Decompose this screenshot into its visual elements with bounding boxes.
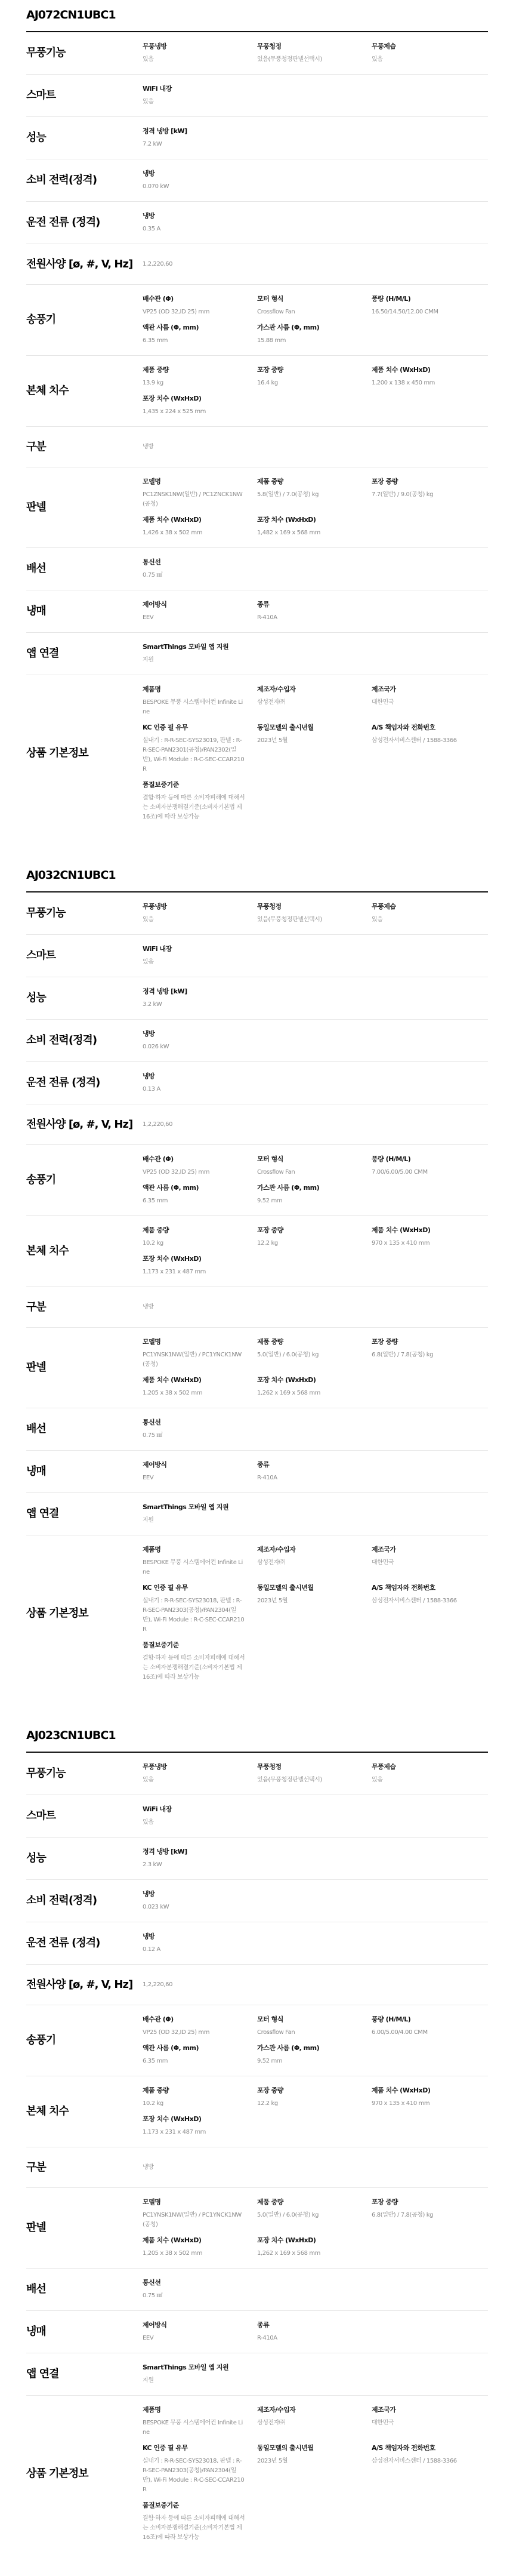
spec-label: 본체 치수 [26, 2104, 143, 2119]
spec-item: 포장 치수 (WxHxD)1,262 x 169 x 568 mm [257, 2236, 372, 2258]
spec-row-body: 본체 치수제품 중량13.9 kg포장 중량16.4 kg제품 치수 (WxHx… [26, 356, 488, 427]
spec-row-blower: 송풍기배수관 (Φ)VP25 (OD 32,ID 25) mm모터 형식Cros… [26, 2005, 488, 2076]
spec-item-value: 5.0(일반) / 6.0(공청) kg [257, 2211, 360, 2220]
spec-items: 배수관 (Φ)VP25 (OD 32,ID 25) mm모터 형식Crossfl… [143, 2015, 488, 2066]
spec-label: 구분 [26, 2160, 143, 2175]
spec-label: 냉매 [26, 2325, 143, 2339]
spec-label: 구분 [26, 1300, 143, 1315]
spec-item-value: 9.52 mm [257, 2057, 360, 2066]
spec-row-smart: 스마트WiFi 내장있음 [26, 935, 488, 977]
spec-label: 스마트 [26, 949, 143, 963]
spec-row-power: 소비 전력(정격)냉방0.026 kW [26, 1020, 488, 1062]
spec-item: 제품 중량5.0(일반) / 6.0(공청) kg [257, 1337, 372, 1369]
spec-item-name: 배수관 (Φ) [143, 294, 245, 304]
spec-item: 제품 중량10.2 kg [143, 2086, 257, 2109]
spec-item-value: 0.75 ㎟ [143, 571, 245, 580]
spec-item-value: 있음(무풍청정판넬선택시) [257, 1775, 360, 1785]
spec-item: 풍량 (H/M/L)16.50/14.50/12.00 CMM [372, 294, 486, 317]
spec-item: WiFi 내장있음 [143, 1805, 257, 1827]
spec-item: 포장 치수 (WxHxD)1,435 x 224 x 525 mm [143, 394, 257, 417]
spec-item: 무풍청정있음(무풍청정판넬선택시) [257, 42, 372, 64]
spec-label: 운전 전류 (정격) [26, 216, 143, 230]
spec-item-name: 통신선 [143, 2278, 245, 2288]
spec-item-value: 5.0(일반) / 6.0(공청) kg [257, 1350, 360, 1360]
spec-item-name: 가스관 사름 (Φ, mm) [257, 1183, 360, 1193]
spec-label: 스마트 [26, 88, 143, 103]
spec-item: WiFi 내장있음 [143, 84, 257, 107]
spec-item-name: SmartThings 모바일 앱 지원 [143, 1503, 245, 1512]
spec-item: 가스관 사름 (Φ, mm)9.52 mm [257, 1183, 372, 1206]
spec-item: SmartThings 모바일 앱 지원지원 [143, 1503, 257, 1525]
product-spec-section: AJ032CN1UBC1 무풍기능무풍냉방있음무풍청정있음(무풍청정판넬선택시)… [26, 855, 488, 1716]
spec-item: 냉방0.12 A [143, 1932, 257, 1955]
product-spec-section: AJ023CN1UBC1 무풍기능무풍냉방있음무풍청정있음(무풍청정판넬선택시)… [26, 1716, 488, 2576]
spec-items: 냉방 [143, 1303, 488, 1312]
spec-item-name: 제품명 [143, 1545, 245, 1555]
spec-item: 제조국가대한민국 [372, 1545, 486, 1577]
spec-item: 포장 중량12.2 kg [257, 2086, 372, 2109]
spec-item: SmartThings 모바일 앱 지원지원 [143, 642, 257, 665]
spec-label: 구분 [26, 440, 143, 454]
spec-item: 제어방식EEV [143, 2320, 257, 2343]
spec-row-info: 상품 기본정보제품명BESPOKE 무풍 시스템에어컨 Infinite Lin… [26, 1535, 488, 1692]
product-model-title: AJ072CN1UBC1 [26, 7, 488, 32]
spec-label: 소비 전력(정격) [26, 1894, 143, 1908]
spec-label: 소비 전력(정격) [26, 173, 143, 187]
spec-item-value: 1,435 x 224 x 525 mm [143, 407, 245, 417]
spec-item: KC 인증 필 유무실내기 : R-R-SEC-SYS23019, 판넬 : R… [143, 723, 257, 774]
spec-row-refrigerant: 냉매제어방식EEV종류R-410A [26, 590, 488, 633]
spec-item-name: 제품 치수 (WxHxD) [372, 2086, 474, 2095]
spec-row-info: 상품 기본정보제품명BESPOKE 무풍 시스템에어컨 Infinite Lin… [26, 2396, 488, 2552]
spec-item: 제품 중량10.2 kg [143, 1226, 257, 1248]
spec-item-value: Crossflow Fan [257, 2028, 360, 2038]
spec-label: 판넬 [26, 1361, 143, 1375]
spec-row-supply: 전원사양 [ø, #, V, Hz]1,2,220,60 [26, 1104, 488, 1145]
spec-item: 제조자/수입자삼성전자㈜ [257, 1545, 372, 1577]
spec-item-value: 지원 [143, 1516, 245, 1525]
spec-label: 판넬 [26, 2221, 143, 2235]
spec-value: 1,2,220,60 [143, 1980, 172, 1990]
spec-item-name: 포장 중량 [372, 477, 474, 487]
spec-item-value: R-410A [257, 613, 360, 623]
spec-item-name: 무풍냉방 [143, 1762, 245, 1772]
spec-item-name: A/S 책임자와 전화번호 [372, 1583, 474, 1593]
spec-item: 포장 중량6.8(일반) / 7.8(공청) kg [372, 1337, 486, 1369]
spec-item-name: 종류 [257, 1460, 360, 1470]
spec-item-value: 10.2 kg [143, 2099, 245, 2109]
spec-row-current: 운전 전류 (정격)냉방0.35 A [26, 202, 488, 244]
spec-value: 1,2,220,60 [143, 1120, 172, 1129]
spec-item-value: 6.35 mm [143, 336, 245, 346]
spec-items: 모델명PC1YNSK1NW(일반) / PC1YNCK1NW(공청)제품 중량5… [143, 1337, 488, 1398]
spec-item: 포장 중량7.7(일반) / 9.0(공청) kg [372, 477, 486, 509]
spec-item-name: 포장 중량 [257, 1226, 360, 1235]
spec-item-value: 결함·하자 등에 따른 소비자피해에 대해서는 소비자분쟁해결기준(소비자기본법… [143, 793, 245, 822]
spec-item-value: 0.070 kW [143, 182, 245, 192]
spec-row-performance: 성능정격 냉방 [kW]2.3 kW [26, 1838, 488, 1880]
spec-item-value: 2023년 5월 [257, 1596, 360, 1606]
spec-item: 모델명PC1YNSK1NW(일반) / PC1YNCK1NW(공청) [143, 2198, 257, 2230]
spec-items: 제품 중량10.2 kg포장 중량12.2 kg제품 치수 (WxHxD)970… [143, 1226, 488, 1277]
spec-item-value: 1,262 x 169 x 568 mm [257, 2249, 360, 2258]
spec-row-smart: 스마트WiFi 내장있음 [26, 75, 488, 117]
spec-item-value: 삼성전자㈜ [257, 2418, 360, 2428]
spec-item-name: 제품 중량 [257, 477, 360, 487]
spec-item-name: 무풍냉방 [143, 42, 245, 51]
spec-item: 제품 중량13.9 kg [143, 365, 257, 388]
spec-items: 냉방0.026 kW [143, 1029, 488, 1052]
spec-item-name: 제어방식 [143, 1460, 245, 1470]
spec-items: 냉방0.070 kW [143, 169, 488, 192]
spec-item-name: 풍량 (H/M/L) [372, 2015, 474, 2024]
spec-item: 통신선0.75 ㎟ [143, 1418, 257, 1441]
spec-item-value: 0.13 A [143, 1085, 245, 1094]
spec-items: 냉방 [143, 2163, 488, 2172]
spec-item: 가스관 사름 (Φ, mm)9.52 mm [257, 2043, 372, 2066]
spec-item-name: 종류 [257, 600, 360, 610]
spec-item-value: 대한민국 [372, 2418, 474, 2428]
spec-item-value: 삼성전자서비스센터 / 1588-3366 [372, 736, 474, 746]
spec-label: 성능 [26, 1851, 143, 1866]
product-model-title: AJ032CN1UBC1 [26, 867, 488, 892]
spec-items: SmartThings 모바일 앱 지원지원 [143, 1503, 488, 1525]
spec-label: 판넬 [26, 500, 143, 515]
spec-label: 송풍기 [26, 313, 143, 327]
spec-item-value: 있음 [143, 55, 245, 64]
spec-row-performance: 성능정격 냉방 [kW]7.2 kW [26, 117, 488, 159]
spec-items: SmartThings 모바일 앱 지원지원 [143, 2363, 488, 2386]
spec-item-name: KC 인증 필 유무 [143, 1583, 245, 1593]
spec-item-name: 무풍냉방 [143, 902, 245, 912]
spec-item-name: 제품 치수 (WxHxD) [143, 2236, 245, 2245]
spec-item-name: 무풍청정 [257, 1762, 360, 1772]
spec-label: 배선 [26, 1422, 143, 1436]
spec-item-value: VP25 (OD 32,ID 25) mm [143, 2028, 245, 2038]
spec-item: A/S 책임자와 전화번호삼성전자서비스센터 / 1588-3366 [372, 1583, 486, 1635]
spec-item-name: SmartThings 모바일 앱 지원 [143, 2363, 245, 2372]
spec-item: 제품 중량5.8(일반) / 7.0(공청) kg [257, 477, 372, 509]
spec-label: 운전 전류 (정격) [26, 1076, 143, 1090]
spec-item-name: A/S 책임자와 전화번호 [372, 2443, 474, 2453]
spec-items: 배수관 (Φ)VP25 (OD 32,ID 25) mm모터 형식Crossfl… [143, 1155, 488, 1206]
spec-items: 제품명BESPOKE 무풍 시스템에어컨 Infinite Line제조자/수입… [143, 685, 488, 822]
spec-item: 종류R-410A [257, 600, 372, 623]
spec-item-value: EEV [143, 1473, 245, 1483]
spec-item: 제품명BESPOKE 무풍 시스템에어컨 Infinite Line [143, 2405, 257, 2437]
spec-item-value: Crossflow Fan [257, 307, 360, 317]
spec-item-name: 포장 치수 (WxHxD) [257, 1375, 360, 1385]
spec-item: A/S 책임자와 전화번호삼성전자서비스센터 / 1588-3366 [372, 723, 486, 774]
spec-item-name: 포장 중량 [372, 1337, 474, 1347]
spec-label: 전원사양 [ø, #, V, Hz] [26, 257, 143, 272]
spec-item: 제어방식EEV [143, 600, 257, 623]
spec-items: 제품 중량10.2 kg포장 중량12.2 kg제품 치수 (WxHxD)970… [143, 2086, 488, 2137]
spec-item: KC 인증 필 유무실내기 : R-R-SEC-SYS23018, 판넬 : R… [143, 1583, 257, 1635]
spec-item-value: 13.9 kg [143, 378, 245, 388]
spec-item-name: 제품 중량 [257, 2198, 360, 2207]
spec-item: 품질보증기준결함·하자 등에 따른 소비자피해에 대해서는 소비자분쟁해결기준(… [143, 2501, 257, 2543]
spec-item: 포장 치수 (WxHxD)1,173 x 231 x 487 mm [143, 2115, 257, 2137]
spec-item: 배수관 (Φ)VP25 (OD 32,ID 25) mm [143, 1155, 257, 1177]
spec-item-name: 풍량 (H/M/L) [372, 1155, 474, 1164]
spec-items: 1,2,220,60 [143, 1980, 488, 1990]
spec-item-value: 0.12 A [143, 1945, 245, 1955]
spec-row-panel: 판넬모델명PC1YNSK1NW(일반) / PC1YNCK1NW(공청)제품 중… [26, 1328, 488, 1408]
spec-item-value: 삼성전자㈜ [257, 1558, 360, 1568]
spec-item-value: 있음 [143, 97, 245, 107]
spec-item-name: 제조국가 [372, 2405, 474, 2415]
spec-row-body: 본체 치수제품 중량10.2 kg포장 중량12.2 kg제품 치수 (WxHx… [26, 2076, 488, 2147]
spec-item: 제품 치수 (WxHxD)970 x 135 x 410 mm [372, 1226, 486, 1248]
spec-item-name: 통신선 [143, 1418, 245, 1427]
spec-item-value: 10.2 kg [143, 1239, 245, 1248]
spec-label: 냉매 [26, 1464, 143, 1479]
spec-item: 포장 치수 (WxHxD)1,262 x 169 x 568 mm [257, 1375, 372, 1398]
spec-item-name: 제조국가 [372, 685, 474, 694]
spec-item-value: 지원 [143, 655, 245, 665]
spec-item-name: 포장 치수 (WxHxD) [257, 2236, 360, 2245]
spec-page: AJ072CN1UBC1 무풍기능무풍냉방있음무풍청정있음(무풍청정판넬선택시)… [0, 0, 513, 2576]
spec-row-app: 앱 연결SmartThings 모바일 앱 지원지원 [26, 1493, 488, 1535]
spec-item-name: 제품명 [143, 2405, 245, 2415]
spec-item-name: 제조자/수입자 [257, 1545, 360, 1555]
spec-item-value: R-410A [257, 2334, 360, 2343]
spec-item-name: 가스관 사름 (Φ, mm) [257, 2043, 360, 2053]
spec-item-name: WiFi 내장 [143, 1805, 245, 1814]
spec-item-value: 있음 [372, 55, 474, 64]
spec-item-value: EEV [143, 613, 245, 623]
spec-item-value: 0.35 A [143, 224, 245, 234]
spec-item-value: 실내기 : R-R-SEC-SYS23018, 판넬 : R-R-SEC-PAN… [143, 1596, 245, 1635]
spec-items: WiFi 내장있음 [143, 1805, 488, 1827]
spec-label: 상품 기본정보 [26, 2467, 143, 2481]
spec-item-name: 동일모델의 출시년월 [257, 1583, 360, 1593]
spec-item-value: 있음 [143, 958, 245, 967]
spec-item: 제조국가대한민국 [372, 2405, 486, 2437]
spec-item: 모델명PC1YNSK1NW(일반) / PC1YNCK1NW(공청) [143, 1337, 257, 1369]
spec-item-value: 5.8(일반) / 7.0(공청) kg [257, 490, 360, 500]
spec-item-name: 모델명 [143, 1337, 245, 1347]
spec-item: 동일모델의 출시년월2023년 5월 [257, 1583, 372, 1635]
spec-label: 성능 [26, 131, 143, 145]
spec-item-value: PC1YNSK1NW(일반) / PC1YNCK1NW(공청) [143, 1350, 245, 1369]
spec-item-name: 무풍청정 [257, 902, 360, 912]
spec-item: SmartThings 모바일 앱 지원지원 [143, 2363, 257, 2386]
spec-item: 무풍냉방있음 [143, 902, 257, 925]
spec-items: 무풍냉방있음무풍청정있음(무풍청정판넬선택시)무풍제습있음 [143, 902, 488, 925]
spec-row-current: 운전 전류 (정격)냉방0.12 A [26, 1922, 488, 1965]
spec-item-name: 포장 치수 (WxHxD) [143, 394, 245, 404]
spec-item-name: 제조국가 [372, 1545, 474, 1555]
spec-item: 액관 사름 (Φ, mm)6.35 mm [143, 1183, 257, 1206]
spec-table: 무풍기능무풍냉방있음무풍청정있음(무풍청정판넬선택시)무풍제습있음스마트WiFi… [26, 892, 488, 1692]
spec-item-value: 16.50/14.50/12.00 CMM [372, 307, 474, 317]
spec-item-value: 결함·하자 등에 따른 소비자피해에 대해서는 소비자분쟁해결기준(소비자기본법… [143, 1654, 245, 1682]
spec-item-value: 6.35 mm [143, 2057, 245, 2066]
spec-item-name: 정격 냉방 [kW] [143, 127, 245, 136]
spec-items: 배수관 (Φ)VP25 (OD 32,ID 25) mm모터 형식Crossfl… [143, 294, 488, 346]
spec-item: 통신선0.75 ㎟ [143, 2278, 257, 2301]
spec-item: 제품 치수 (WxHxD)970 x 135 x 410 mm [372, 2086, 486, 2109]
spec-item-value: 1,482 x 169 x 568 mm [257, 528, 360, 538]
spec-value: 1,2,220,60 [143, 260, 172, 269]
spec-items: 제어방식EEV종류R-410A [143, 1460, 488, 1483]
spec-item-value: 0.75 ㎟ [143, 1431, 245, 1441]
spec-item: 모터 형식Crossflow Fan [257, 2015, 372, 2038]
spec-item-name: 무풍제습 [372, 42, 474, 51]
spec-item-name: 제조자/수입자 [257, 2405, 360, 2415]
spec-item-value: 6.8(일반) / 7.8(공청) kg [372, 2211, 474, 2220]
spec-item-value: 0.75 ㎟ [143, 2291, 245, 2301]
spec-items: WiFi 내장있음 [143, 944, 488, 967]
spec-item-value: 9.52 mm [257, 1196, 360, 1206]
spec-item-name: 가스관 사름 (Φ, mm) [257, 323, 360, 333]
spec-item-value: 7.7(일반) / 9.0(공청) kg [372, 490, 474, 500]
spec-row-supply: 전원사양 [ø, #, V, Hz]1,2,220,60 [26, 244, 488, 285]
spec-item-value: 1,173 x 231 x 487 mm [143, 1267, 245, 1277]
spec-item-value: 0.026 kW [143, 1042, 245, 1052]
spec-label: 송풍기 [26, 1173, 143, 1187]
spec-row-body: 본체 치수제품 중량10.2 kg포장 중량12.2 kg제품 치수 (WxHx… [26, 1216, 488, 1287]
spec-label: 성능 [26, 991, 143, 1005]
spec-row-app: 앱 연결SmartThings 모바일 앱 지원지원 [26, 633, 488, 675]
spec-item-value: 삼성전자서비스센터 / 1588-3366 [372, 2457, 474, 2466]
spec-item-value: PC1ZNSK1NW(일반) / PC1ZNCK1NW(공청) [143, 490, 245, 509]
spec-item: 모델명PC1ZNSK1NW(일반) / PC1ZNCK1NW(공청) [143, 477, 257, 509]
spec-label: 앱 연결 [26, 1507, 143, 1521]
spec-item-value: 대한민국 [372, 1558, 474, 1568]
spec-items: 냉방0.35 A [143, 211, 488, 234]
spec-row-power: 소비 전력(정격)냉방0.070 kW [26, 159, 488, 202]
spec-item: 냉방0.35 A [143, 211, 257, 234]
spec-item: 가스관 사름 (Φ, mm)15.88 mm [257, 323, 372, 346]
spec-item: 모터 형식Crossflow Fan [257, 294, 372, 317]
spec-row-category: 구분냉방 [26, 427, 488, 467]
spec-item-value: PC1YNSK1NW(일반) / PC1YNCK1NW(공청) [143, 2211, 245, 2230]
spec-item-name: 제품 치수 (WxHxD) [372, 1226, 474, 1235]
spec-item-value: 15.88 mm [257, 336, 360, 346]
spec-item: 품질보증기준결함·하자 등에 따른 소비자피해에 대해서는 소비자분쟁해결기준(… [143, 1641, 257, 1682]
spec-row-refrigerant: 냉매제어방식EEV종류R-410A [26, 1451, 488, 1493]
spec-row-blower: 송풍기배수관 (Φ)VP25 (OD 32,ID 25) mm모터 형식Cros… [26, 1145, 488, 1216]
spec-label: 무풍기능 [26, 1766, 143, 1781]
spec-item: 액관 사름 (Φ, mm)6.35 mm [143, 323, 257, 346]
spec-item-name: 포장 중량 [257, 2086, 360, 2095]
spec-item-value: 7.00/6.00/5.00 CMM [372, 1168, 474, 1177]
spec-items: 제어방식EEV종류R-410A [143, 600, 488, 623]
spec-item-value: VP25 (OD 32,ID 25) mm [143, 1168, 245, 1177]
spec-item-value: Crossflow Fan [257, 1168, 360, 1177]
spec-item-value: 970 x 135 x 410 mm [372, 2099, 474, 2109]
spec-item: 동일모델의 출시년월2023년 5월 [257, 2443, 372, 2495]
spec-label: 무풍기능 [26, 906, 143, 921]
spec-item-name: 배수관 (Φ) [143, 1155, 245, 1164]
spec-row-power: 소비 전력(정격)냉방0.023 kW [26, 1880, 488, 1922]
spec-item: 포장 치수 (WxHxD)1,482 x 169 x 568 mm [257, 515, 372, 538]
spec-item: 제조자/수입자삼성전자㈜ [257, 685, 372, 717]
spec-items: 제품 중량13.9 kg포장 중량16.4 kg제품 치수 (WxHxD)1,2… [143, 365, 488, 417]
spec-item-value: 2023년 5월 [257, 2457, 360, 2466]
spec-item: 제품 치수 (WxHxD)1,426 x 38 x 502 mm [143, 515, 257, 538]
spec-items: 냉방 [143, 442, 488, 452]
spec-item-name: 제품 중량 [143, 365, 245, 375]
spec-item-value: BESPOKE 무풍 시스템에어컨 Infinite Line [143, 2418, 245, 2437]
spec-item-value: 결함·하자 등에 따른 소비자피해에 대해서는 소비자분쟁해결기준(소비자기본법… [143, 2514, 245, 2543]
spec-items: SmartThings 모바일 앱 지원지원 [143, 642, 488, 665]
spec-item-value: BESPOKE 무풍 시스템에어컨 Infinite Line [143, 698, 245, 717]
spec-item: WiFi 내장있음 [143, 944, 257, 967]
spec-row-category: 구분냉방 [26, 1287, 488, 1328]
spec-item: 무풍제습있음 [372, 902, 486, 925]
spec-item: 액관 사름 (Φ, mm)6.35 mm [143, 2043, 257, 2066]
spec-item: 무풍제습있음 [372, 42, 486, 64]
spec-label: 상품 기본정보 [26, 746, 143, 761]
spec-items: 정격 냉방 [kW]7.2 kW [143, 127, 488, 149]
spec-items: 1,2,220,60 [143, 260, 488, 269]
spec-items: 냉방0.13 A [143, 1072, 488, 1094]
spec-item-name: 제조자/수입자 [257, 685, 360, 694]
spec-item-value: 970 x 135 x 410 mm [372, 1239, 474, 1248]
spec-label: 본체 치수 [26, 1244, 143, 1258]
spec-item: 제품 중량5.0(일반) / 6.0(공청) kg [257, 2198, 372, 2230]
spec-item-name: 포장 중량 [372, 2198, 474, 2207]
spec-item-name: 통신선 [143, 558, 245, 567]
spec-item: 무풍청정있음(무풍청정판넬선택시) [257, 1762, 372, 1785]
product-spec-section: AJ072CN1UBC1 무풍기능무풍냉방있음무풍청정있음(무풍청정판넬선택시)… [26, 0, 488, 855]
spec-row-wiring: 배선통신선0.75 ㎟ [26, 2269, 488, 2311]
spec-item-value: 있음 [372, 1775, 474, 1785]
spec-item-name: 정격 냉방 [kW] [143, 987, 245, 996]
spec-item-name: 배수관 (Φ) [143, 2015, 245, 2024]
spec-item-name: 품질보증기준 [143, 2501, 245, 2510]
spec-row-performance: 성능정격 냉방 [kW]3.2 kW [26, 977, 488, 1020]
spec-item: 풍량 (H/M/L)7.00/6.00/5.00 CMM [372, 1155, 486, 1177]
spec-label: 앱 연결 [26, 647, 143, 661]
spec-label: 배선 [26, 2282, 143, 2297]
spec-item-name: 액관 사름 (Φ, mm) [143, 1183, 245, 1193]
spec-item-value: 0.023 kW [143, 1903, 245, 1912]
spec-items: 냉방0.023 kW [143, 1889, 488, 1912]
spec-item: 냉방0.13 A [143, 1072, 257, 1094]
spec-item-name: 제품 치수 (WxHxD) [143, 515, 245, 525]
spec-item-value: VP25 (OD 32,ID 25) mm [143, 307, 245, 317]
spec-item-name: 제품 치수 (WxHxD) [372, 365, 474, 375]
spec-item-name: 동일모델의 출시년월 [257, 2443, 360, 2453]
spec-item-name: 액관 사름 (Φ, mm) [143, 2043, 245, 2053]
spec-item: 포장 중량16.4 kg [257, 365, 372, 388]
spec-item-name: 제품 중량 [143, 1226, 245, 1235]
spec-item: 무풍제습있음 [372, 1762, 486, 1785]
spec-item: A/S 책임자와 전화번호삼성전자서비스센터 / 1588-3366 [372, 2443, 486, 2495]
spec-item-value: R-410A [257, 1473, 360, 1483]
spec-label: 송풍기 [26, 2033, 143, 2048]
spec-items: 통신선0.75 ㎟ [143, 2278, 488, 2301]
spec-item-name: 모델명 [143, 477, 245, 487]
spec-label: 스마트 [26, 1809, 143, 1823]
spec-item-value: 삼성전자서비스센터 / 1588-3366 [372, 1596, 474, 1606]
spec-item-name: 포장 중량 [257, 365, 360, 375]
spec-label: 전원사양 [ø, #, V, Hz] [26, 1978, 143, 1992]
spec-item: 모터 형식Crossflow Fan [257, 1155, 372, 1177]
spec-item: 포장 중량12.2 kg [257, 1226, 372, 1248]
spec-item-value: 3.2 kW [143, 1000, 245, 1010]
spec-item: 포장 중량6.8(일반) / 7.8(공청) kg [372, 2198, 486, 2230]
spec-item: 통신선0.75 ㎟ [143, 558, 257, 580]
spec-item-name: 모델명 [143, 2198, 245, 2207]
spec-label: 상품 기본정보 [26, 1606, 143, 1621]
spec-item-name: 무풍청정 [257, 42, 360, 51]
